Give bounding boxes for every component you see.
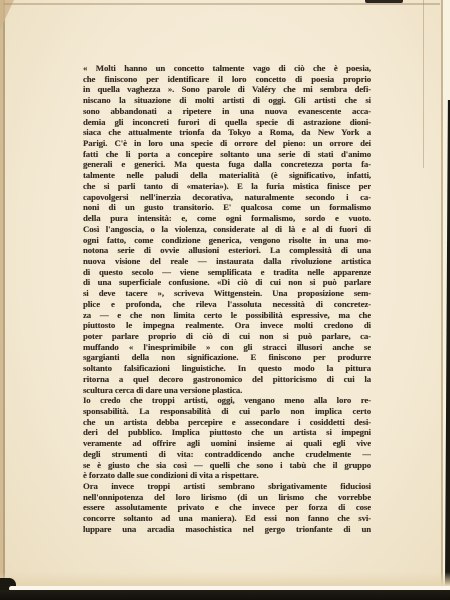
text-line: di una superficiale confusione. «Di ciò … — [83, 277, 371, 288]
text-line: veramente ad offrire agli uomini insieme… — [83, 438, 371, 449]
page-right-edge-line — [441, 0, 443, 600]
text-line: siaca che attualmente trionfa da Tokyo a… — [83, 127, 371, 138]
text-line: essere assolutamente privato e che invec… — [83, 502, 371, 513]
text-line: ritorna a quel decoro gastronomico del p… — [83, 374, 371, 385]
text-line: soltanto falsificazioni linguistiche. In… — [83, 363, 371, 374]
text-line: nell'onnipotenza del loro lirismo (di un… — [83, 492, 371, 503]
text-line: Io credo che troppi artisti, oggi, venga… — [83, 395, 371, 406]
backdrop-bottom-band — [0, 590, 450, 600]
text-line: noni di un gusto transitorio. E' qualcos… — [83, 202, 371, 213]
text-line: ogni fatto, come condizione generica, ve… — [83, 235, 371, 246]
scanned-book-page: « Molti hanno un concetto talmente vago … — [0, 0, 450, 600]
text-line: concorre soltanto ad una maniera). Ed es… — [83, 513, 371, 524]
text-line: capovolgersi nell'inerzia decorativa, na… — [83, 192, 371, 203]
text-line: si deve tacere », scriveva Wittgenstein.… — [83, 288, 371, 299]
text-line: di questo secolo — viene semplificata e … — [83, 267, 371, 278]
page-top-dark-mark — [365, 0, 403, 3]
text-line: za — e che non limita certo le possibili… — [83, 310, 371, 321]
page-top-edge-line — [4, 3, 440, 5]
text-line: se è giusto che sia così — quelli che so… — [83, 460, 371, 471]
text-line: degli strumenti di vita: contraddicendo … — [83, 449, 371, 460]
text-line: è forzato dalle sue condizioni di vita a… — [83, 470, 371, 481]
text-line: che finiscono per identificare il loro c… — [83, 74, 371, 85]
text-line: niscano la situazione di molti artisti d… — [83, 95, 371, 106]
page-right-crease — [423, 0, 424, 168]
text-line: sponsabilità. La responsabilità di cui p… — [83, 406, 371, 417]
text-line: poter parlare proprio di ciò di cui non … — [83, 331, 371, 342]
text-line: che si parli tanto di «materia»). E la f… — [83, 181, 371, 192]
text-line: muffando « l'inesprimibile » con gli str… — [83, 342, 371, 353]
body-text: « Molti hanno un concetto talmente vago … — [83, 63, 371, 541]
text-line: sono abbandonati a ripetere in una nuova… — [83, 106, 371, 117]
page-left-edge-line — [3, 0, 5, 600]
text-line: talmente nelle paludi della materialità … — [83, 170, 371, 181]
text-line: che un artista debba percepire e assecon… — [83, 417, 371, 428]
text-line: sgargianti della non significazione. E f… — [83, 352, 371, 363]
text-line: nuova visione del reale — instaurata dal… — [83, 256, 371, 267]
text-line: notona serie di ovvie allusioni esterior… — [83, 245, 371, 256]
text-line: fatti che li porta a concepire soltanto … — [83, 149, 371, 160]
text-line: piuttosto le impegna realmente. Ora inve… — [83, 320, 371, 331]
text-line: plice e profonda, che rileva l'assoluta … — [83, 299, 371, 310]
text-line: « Molti hanno un concetto talmente vago … — [83, 63, 371, 74]
text-line: demia gli inconcreti furori di quella sp… — [83, 117, 371, 128]
text-line: deri del pubblico. Implica piuttosto che… — [83, 427, 371, 438]
text-line: Ora invece troppi artisti sembrano sbrig… — [83, 481, 371, 492]
text-line: generali e generici. Ma questa fuga dall… — [83, 159, 371, 170]
text-line: Così l'angoscia, o la violenza, consider… — [83, 224, 371, 235]
text-line: in quella vaghezza ». Sono parole di Val… — [83, 84, 371, 95]
text-line: scultura cerca di dare una versione plas… — [83, 385, 371, 396]
text-line: della pura intensità: e, come ogni forma… — [83, 213, 371, 224]
text-line: luppare una arcadia masochistica nel ger… — [83, 524, 371, 535]
text-line: Parigi. C'è in loro una specie di orrore… — [83, 138, 371, 149]
